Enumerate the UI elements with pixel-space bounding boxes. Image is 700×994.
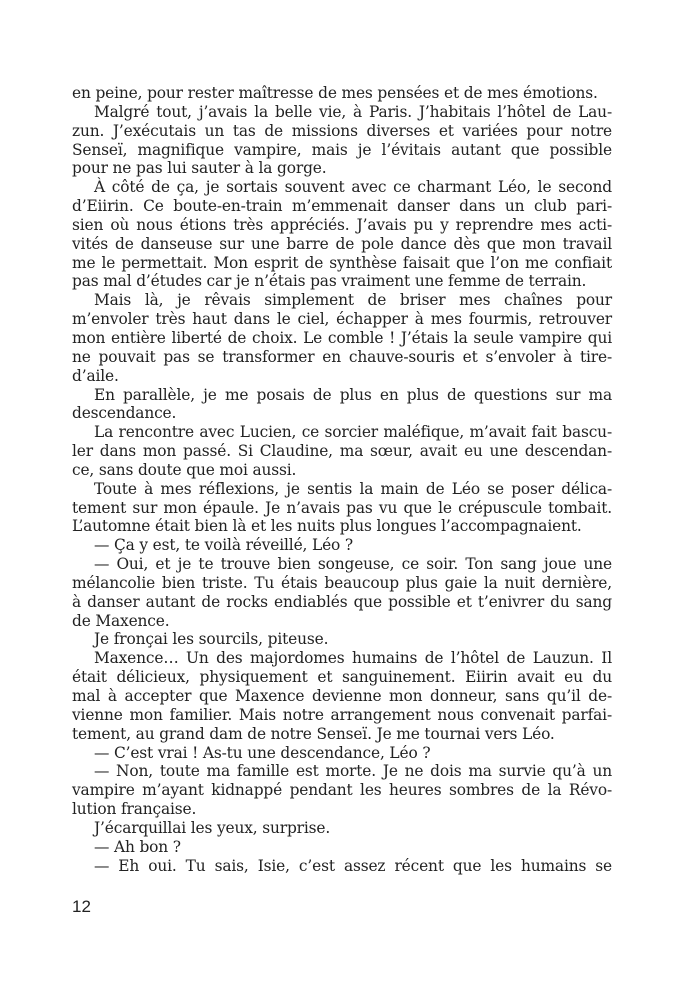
text-line: mon entière liberté de choix. Le comble … <box>72 329 612 348</box>
text-line: pas mal d’études car je n’étais pas vrai… <box>72 272 612 291</box>
text-line: L’automne était bien là et les nuits plu… <box>72 517 612 536</box>
text-line: tement sur mon épaule. Je n’avais pas vu… <box>72 499 612 518</box>
text-line: À côté de ça, je sortais souvent avec ce… <box>72 178 612 197</box>
text-line: J’écarquillai les yeux, surprise. <box>72 819 612 838</box>
text-line: sien où nous étions très appréciés. J’av… <box>72 216 612 235</box>
text-line: en peine, pour rester maîtresse de mes p… <box>72 84 612 103</box>
text-line: — Ça y est, te voilà réveillé, Léo ? <box>72 536 612 555</box>
text-line: ler dans mon passé. Si Claudine, ma sœur… <box>72 442 612 461</box>
text-line: vampire m’ayant kidnappé pendant les heu… <box>72 781 612 800</box>
text-line: ne pouvait pas se transformer en chauve-… <box>72 348 612 367</box>
text-line: d’aile. <box>72 367 612 386</box>
text-line: — Non, toute ma famille est morte. Je ne… <box>72 762 612 781</box>
text-line: zun. J’exécutais un tas de missions dive… <box>72 122 612 141</box>
text-line: tement, au grand dam de notre Senseï. Je… <box>72 725 612 744</box>
text-line: d’Eiirin. Ce boute-en-train m’emmenait d… <box>72 197 612 216</box>
page-number: 12 <box>72 897 91 917</box>
text-line: Malgré tout, j’avais la belle vie, à Par… <box>72 103 612 122</box>
text-line: pour ne pas lui sauter à la gorge. <box>72 159 612 178</box>
text-line: Toute à mes réflexions, je sentis la mai… <box>72 480 612 499</box>
text-line: — Oui, et je te trouve bien songeuse, ce… <box>72 555 612 574</box>
text-line: mélancolie bien triste. Tu étais beaucou… <box>72 574 612 593</box>
text-line: — C’est vrai ! As-tu une descendance, Lé… <box>72 744 612 763</box>
text-line: était délicieux, physiquement et sanguin… <box>72 668 612 687</box>
text-line: à danser autant de rocks endiablés que p… <box>72 593 612 612</box>
text-line: m’envoler très haut dans le ciel, échapp… <box>72 310 612 329</box>
text-line: — Ah bon ? <box>72 838 612 857</box>
text-line: mal à accepter que Maxence devienne mon … <box>72 687 612 706</box>
text-line: vienne mon familier. Mais notre arrangem… <box>72 706 612 725</box>
text-line: Mais là, je rêvais simplement de briser … <box>72 291 612 310</box>
text-line: vités de danseuse sur une barre de pole … <box>72 235 612 254</box>
text-line: — Eh oui. Tu sais, Isie, c’est assez réc… <box>72 857 612 876</box>
text-line: Senseï, magnifique vampire, mais je l’év… <box>72 141 612 160</box>
text-line: descendance. <box>72 404 612 423</box>
text-line: Maxence… Un des majordomes humains de l’… <box>72 649 612 668</box>
text-line: me le permettait. Mon esprit de synthèse… <box>72 254 612 273</box>
text-line: ce, sans doute que moi aussi. <box>72 461 612 480</box>
text-line: de Maxence. <box>72 612 612 631</box>
text-line: lution française. <box>72 800 612 819</box>
text-line: La rencontre avec Lucien, ce sorcier mal… <box>72 423 612 442</box>
page-body: en peine, pour rester maîtresse de mes p… <box>72 84 612 875</box>
text-line: Je fronçai les sourcils, piteuse. <box>72 630 612 649</box>
text-line: En parallèle, je me posais de plus en pl… <box>72 386 612 405</box>
